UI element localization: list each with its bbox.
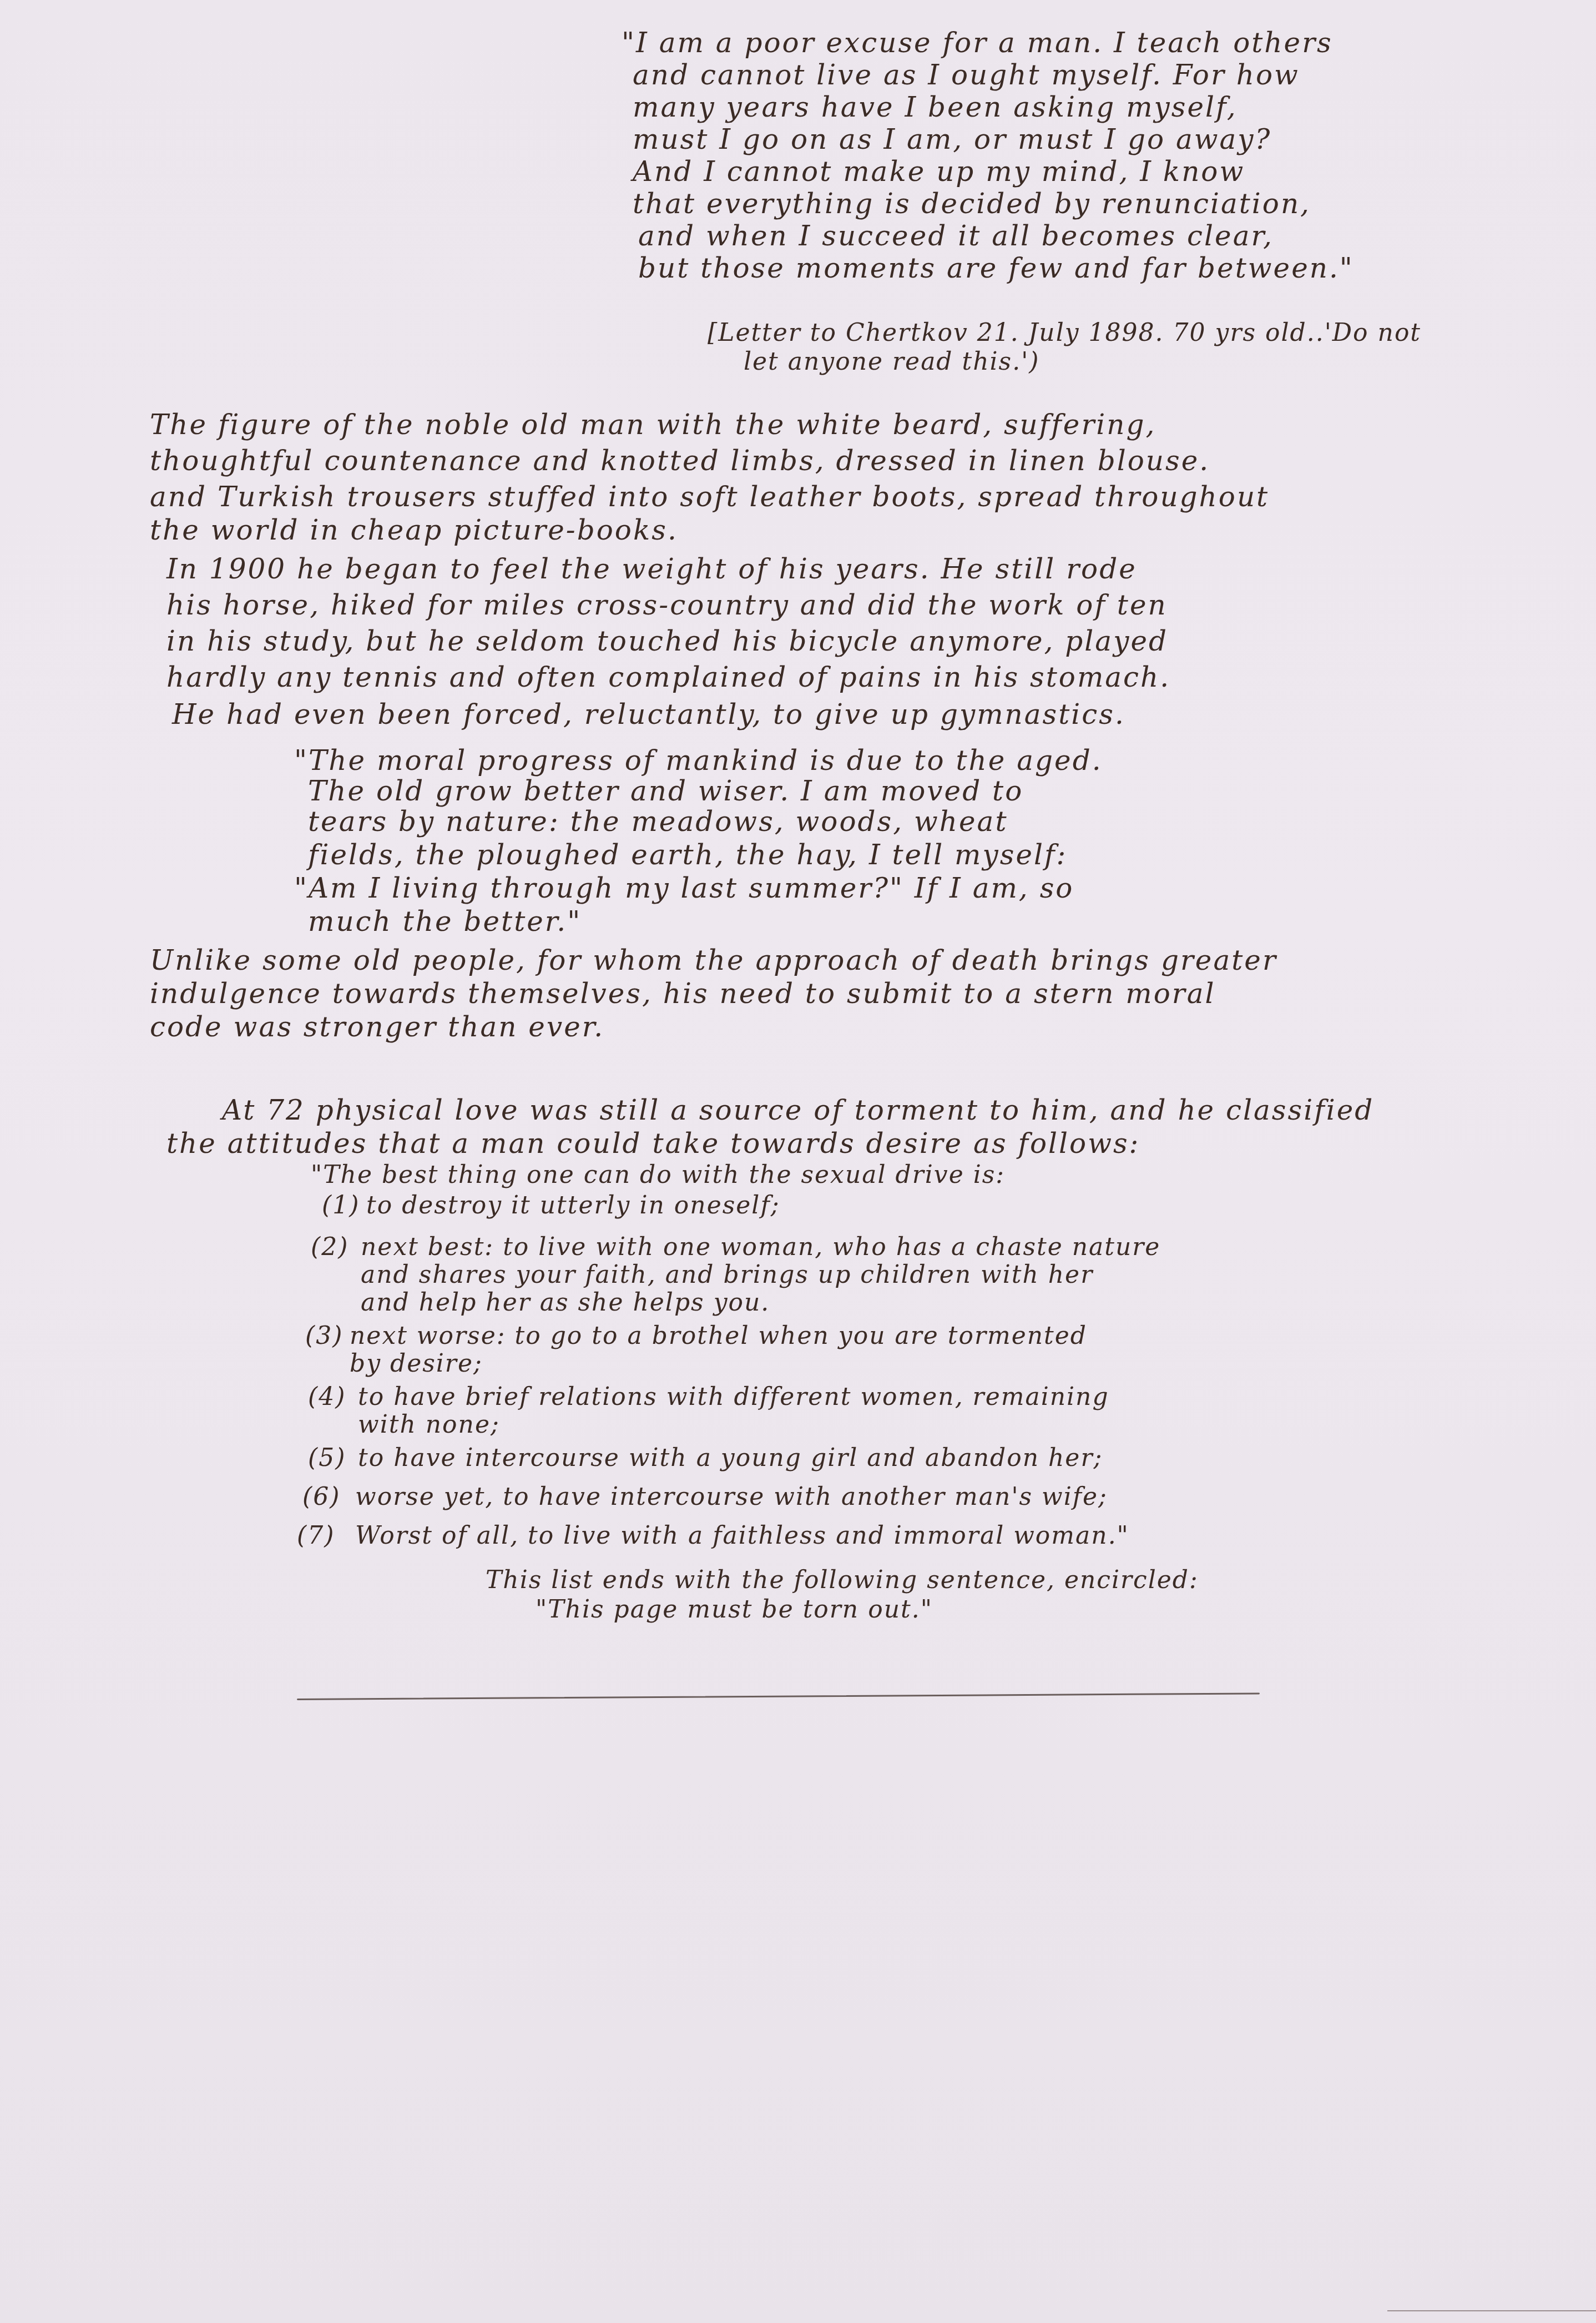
body-line: Unlike some old people, for whom the app… [150,946,1277,974]
body-line: and Turkish trousers stuffed into soft l… [150,483,1269,511]
quote-line: tears by nature: the meadows, woods, whe… [308,808,1008,835]
body-line: hardly any tennis and often complained o… [166,663,1170,691]
citation-line: let anyone read this.') [744,350,1039,374]
body-line: In 1900 he began to feel the weight of h… [166,555,1137,583]
list-number: (6) [302,1485,340,1509]
quote-line: and when I succeed it all becomes clear, [638,222,1274,250]
quote-line: and cannot live as I ought myself. For h… [633,61,1300,89]
closing-line: This list ends with the following senten… [486,1568,1199,1593]
body-line: At 72 physical love was still a source o… [222,1096,1374,1124]
closing-line: "This page must be torn out." [536,1598,933,1622]
paper-edge [1387,2310,1596,2311]
list-text: to destroy it utterly in oneself; [366,1193,780,1218]
body-line: He had even been forced, reluctantly, to… [172,701,1125,728]
quote-line: "The moral progress of mankind is due to… [294,747,1103,774]
quote-line: And I cannot make up my mind, I know [633,158,1245,185]
list-text: and help her as she helps you. [361,1291,770,1315]
body-line: The figure of the noble old man with the… [150,411,1156,439]
list-text: next best: to live with one woman, who h… [361,1235,1160,1259]
list-number: (4) [308,1385,346,1409]
list-text: next worse: to go to a brothel when you … [350,1324,1087,1348]
list-number: (5) [308,1446,346,1470]
horizontal-rule [297,1692,1260,1700]
list-intro: "The best thing one can do with the sexu… [311,1163,1005,1187]
quote-line: but those moments are few and far betwee… [638,254,1354,282]
manuscript-page: "I am a poor excuse for a man. I teach o… [0,0,1596,2323]
list-text: Worst of all, to live with a faithless a… [355,1524,1129,1548]
list-number: (1) [322,1193,360,1218]
body-line: the attitudes that a man could take towa… [166,1130,1140,1157]
quote-line: that everything is decided by renunciati… [633,190,1311,218]
quote-line: fields, the ploughed earth, the hay, I t… [308,841,1067,869]
list-text: and shares your faith, and brings up chi… [361,1263,1093,1287]
quote-line: "Am I living through my last summer?" If… [294,874,1074,902]
quote-line: many years have I been asking myself, [633,93,1238,121]
quote-line: "I am a poor excuse for a man. I teach o… [622,29,1333,57]
body-line: the world in cheap picture-books. [150,516,678,544]
body-line: in his study, but he seldom touched his … [166,627,1168,655]
citation-line: [Letter to Chertkov 21. July 1898. 70 yr… [708,321,1421,345]
list-number: (3) [305,1324,343,1348]
quote-line: much the better." [308,908,582,935]
list-text: worse yet, to have intercourse with anot… [355,1485,1108,1509]
list-text: to have intercourse with a young girl an… [358,1446,1103,1470]
list-text: by desire; [350,1352,483,1376]
body-line: thoughtful countenance and knotted limbs… [150,447,1210,475]
list-text: to have brief relations with different w… [358,1385,1109,1409]
body-line: indulgence towards themselves, his need … [150,980,1216,1007]
quote-line: The old grow better and wiser. I am move… [308,777,1023,805]
list-text: with none; [358,1413,500,1437]
list-number: (7) [297,1524,335,1548]
quote-line: must I go on as I am, or must I go away? [633,125,1271,153]
body-line: code was stronger than ever. [150,1013,604,1041]
list-number: (2) [311,1235,349,1259]
body-line: his horse, hiked for miles cross-country… [166,591,1168,619]
